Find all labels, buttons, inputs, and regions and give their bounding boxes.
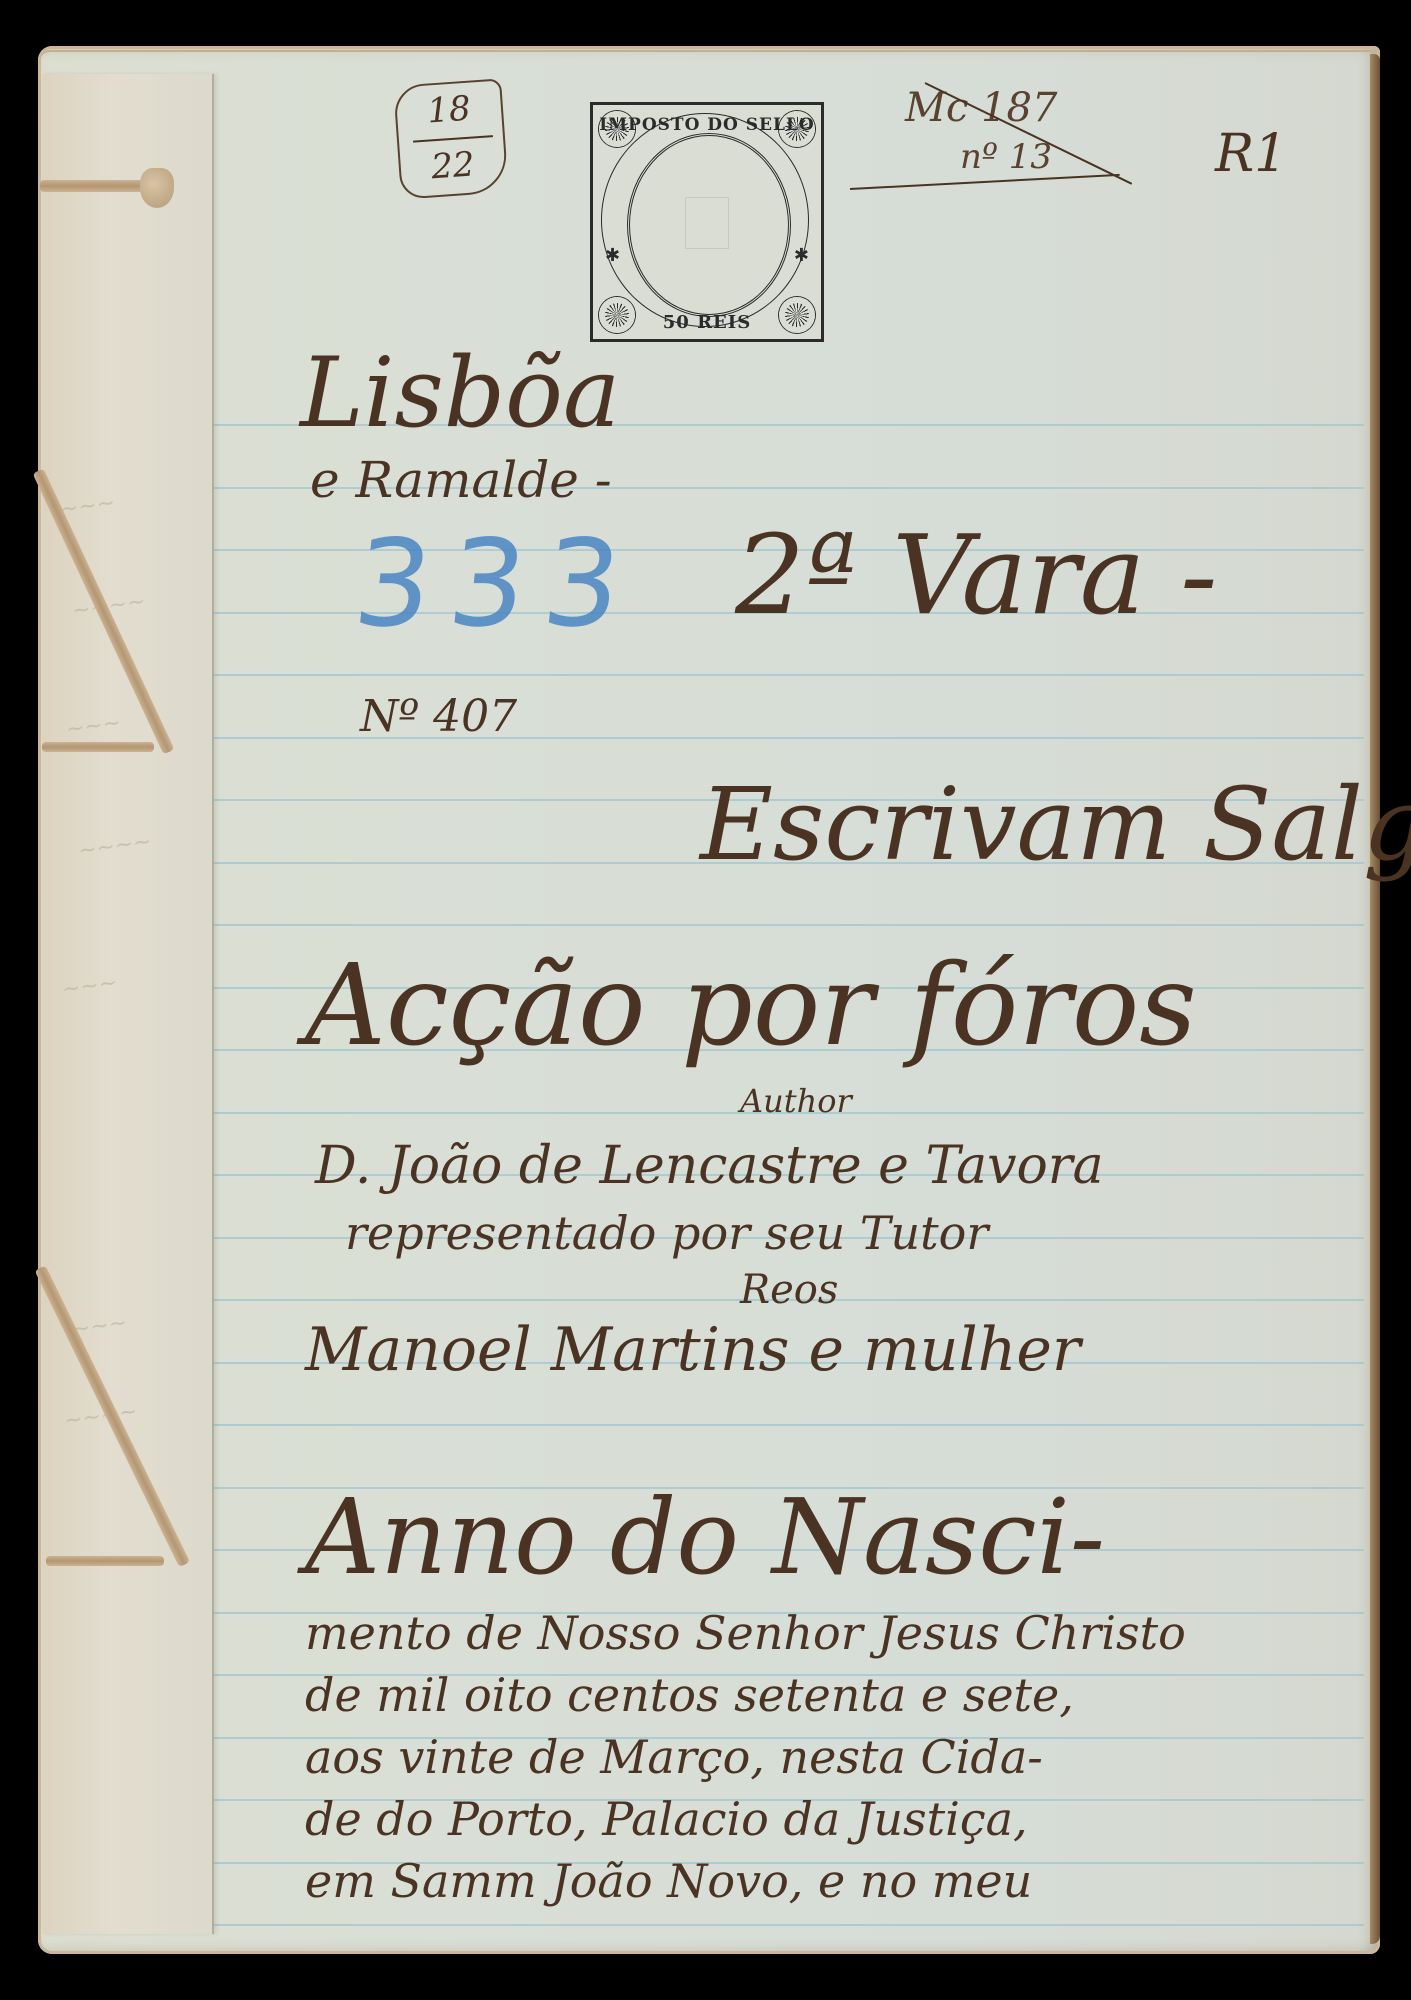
binding-cord [46,1556,164,1566]
blue-case-number: 333 [348,515,646,654]
page-right-edge [1370,54,1380,1944]
action-title: Acção por fóros [305,950,1197,1062]
defendants-label: Reos [740,1270,838,1310]
ruled-line [214,1924,1364,1926]
ruled-line [214,1424,1364,1426]
folio-denominator: 22 [400,142,507,189]
ruled-line [214,674,1364,676]
fraction-bar [413,135,493,143]
body-line-4: de do Porto, Palacio da Justiça, [305,1796,1028,1842]
asterisk-ornament-icon: ✱ [794,245,809,266]
shelf-mark-line2: nº 13 [960,140,1052,174]
folio-number: 18 22 [393,78,509,199]
shelf-mark-line1: Mc 187 [905,88,1057,128]
binding-cord [40,180,150,192]
coat-of-arms-watermark [685,197,729,249]
ruled-line [214,924,1364,926]
city-heading: Lisbõa [300,345,620,441]
body-line-1: mento de Nosso Senhor Jesus Christo [305,1610,1186,1656]
author-name: D. João de Lencastre e Tavora [315,1140,1104,1192]
defendants-names: Manoel Martins e mulher [305,1320,1081,1380]
page-top-edge [40,50,1375,60]
binding-flap: ~~~ ~~~~ ~~~ ~~~~ ~~~ ~~~ ~~~~ [42,74,214,1934]
bleedthrough-text: ~~~ [65,710,123,742]
bleedthrough-text: ~~~ [59,490,117,522]
court-heading: 2ª Vara - [735,520,1217,630]
corner-mark: R1 [1215,128,1287,180]
stamp-top-text: IMPOSTO DO SELLO [593,115,821,135]
cord-knot [140,168,174,208]
district-line: e Ramalde - [310,455,612,505]
case-number: Nº 407 [360,695,517,739]
author-label: Author [740,1085,852,1117]
asterisk-ornament-icon: ✱ [605,245,620,266]
body-line-3: aos vinte de Março, nesta Cida- [305,1734,1043,1780]
tax-stamp: ✱ ✱ IMPOSTO DO SELLO 50 REIS [590,102,824,342]
bleedthrough-text: ~~~~ [77,829,153,864]
clerk-line: Escrivam Salgado - [700,775,1411,875]
body-line-2: de mil oito centos setenta e sete, [305,1672,1074,1718]
opening-heading: Anno do Nasci- [305,1485,1105,1589]
folio-numerator: 18 [396,86,503,133]
body-line-5: em Samm João Novo, e no meu [305,1858,1032,1904]
author-representation: representado por seu Tutor [345,1210,988,1256]
binding-cord [42,742,154,752]
stamp-value-text: 50 REIS [593,312,821,333]
bleedthrough-text: ~~~ [61,970,119,1002]
